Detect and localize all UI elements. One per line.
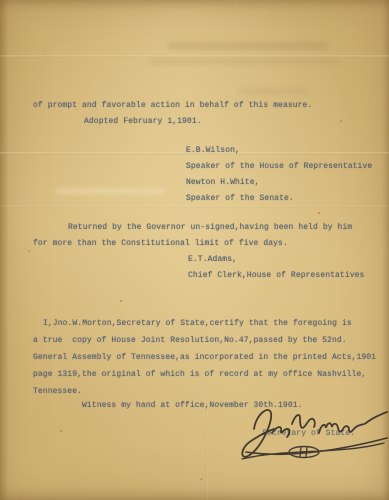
certification-line-2: a true copy of House Joint Resolution,No… [33, 335, 347, 346]
fold-crease [259, 1, 274, 48]
fold-crease [206, 396, 208, 500]
signature-jno-w-morton: Jno W Morton [238, 402, 389, 477]
bleedthrough-smudge [150, 58, 340, 65]
paper-speck [60, 430, 62, 432]
bleedthrough-smudge [238, 88, 308, 95]
signatory-name-white: Newton H.White, [186, 177, 260, 188]
fold-crease [221, 1, 237, 60]
certification-line-1: I,Jno.W.Morton,Secretary of State,certif… [43, 318, 352, 329]
fold-crease [0, 205, 389, 208]
paper-speck [28, 250, 30, 252]
typed-line-adopted-date: Adopted February 1,1901. [84, 116, 202, 127]
typed-line-returned-2: for more than the Constitutional limit o… [33, 238, 288, 249]
title-chief-clerk: Chief Clerk,House of Representatives [188, 270, 364, 281]
paper-speck [200, 478, 203, 480]
signatory-name-wilson: E.B.Wilson, [186, 145, 240, 156]
certification-line-5: Tennessee. [33, 386, 82, 397]
paper-speck [340, 120, 342, 122]
bleedthrough-smudge [168, 42, 328, 50]
document-page: of prompt and favorable action in behalf… [0, 0, 389, 500]
typed-line-measure: of prompt and favorable action in behalf… [33, 100, 312, 111]
typed-line-returned-1: Returned by the Governor un-signed,havin… [68, 222, 352, 233]
certification-line-3: General Assembly of Tennessee,as incorpo… [33, 352, 376, 363]
title-speaker-senate: Speaker of the Senate. [186, 193, 294, 204]
signatory-name-adams: E.T.Adams, [188, 254, 237, 265]
title-speaker-house: Speaker of the House of Representative [186, 161, 372, 172]
erasure-smudge [55, 188, 165, 194]
paper-speck [318, 212, 320, 214]
certification-line-4: page 1319,the original of which is of re… [33, 369, 366, 380]
paper-speck [120, 300, 122, 302]
